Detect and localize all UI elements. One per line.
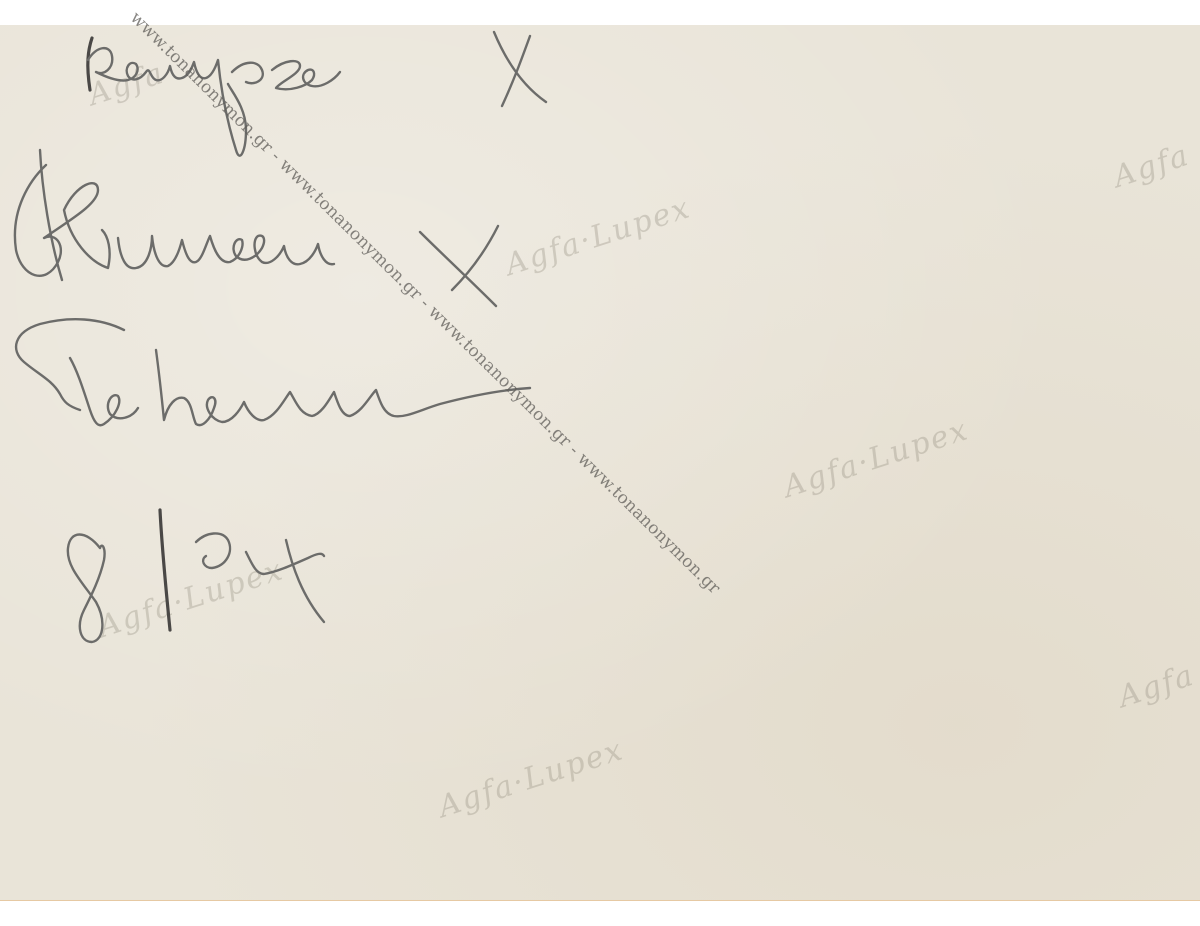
- handwriting-line-2: [15, 150, 498, 306]
- photo-back-canvas: Agfa Agfa·Lupex Agfa Agfa·Lupex Agfa·Lup…: [0, 0, 1200, 926]
- handwriting-line-4: [68, 510, 324, 642]
